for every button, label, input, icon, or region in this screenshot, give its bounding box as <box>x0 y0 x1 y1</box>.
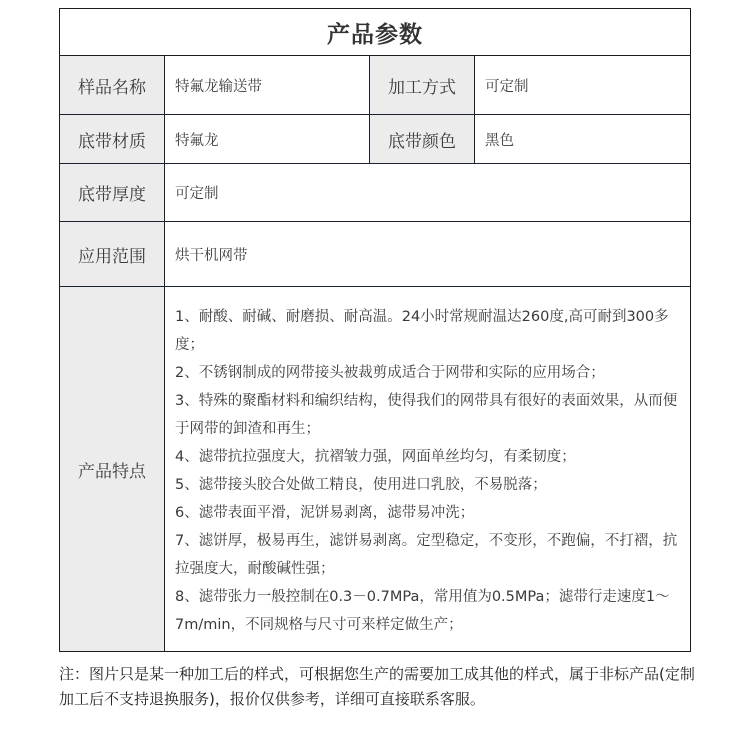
row-value: 烘干机网带 <box>165 222 690 286</box>
feature-item: 1、耐酸、耐碱、耐磨损、耐高温。24小时常规耐温达260度,高可耐到300多度； <box>175 303 690 359</box>
feature-item: 8、滤带张力一般控制在0.3－0.7MPa，常用值为0.5MPa；滤带行走速度1… <box>175 583 690 639</box>
feature-item: 4、滤带抗拉强度大，抗褶皱力强，网面单丝均匀，有柔韧度； <box>175 443 690 471</box>
features-list: 1、耐酸、耐碱、耐磨损、耐高温。24小时常规耐温达260度,高可耐到300多度；… <box>165 287 690 651</box>
row-label-2: 加工方式 <box>370 56 475 114</box>
row-value: 可定制 <box>165 164 690 221</box>
table-title: 产品参数 <box>60 9 690 56</box>
table-row-application: 应用范围 烘干机网带 <box>60 222 690 287</box>
table-row-thickness: 底带厚度 可定制 <box>60 164 690 222</box>
table-row-base-material: 底带材质 特氟龙 底带颜色 黑色 <box>60 115 690 164</box>
row-label-2: 底带颜色 <box>370 115 475 163</box>
row-value: 特氟龙输送带 <box>165 56 370 114</box>
row-value: 特氟龙 <box>165 115 370 163</box>
feature-item: 7、滤饼厚，极易再生，滤饼易剥离。定型稳定，不变形，不跑偏，不打褶，抗拉强度大，… <box>175 527 690 583</box>
footnote: 注：图片只是某一种加工后的样式，可根据您生产的需要加工成其他的样式，属于非标产品… <box>59 662 699 712</box>
feature-item: 2、不锈钢制成的网带接头被裁剪成适合于网带和实际的应用场合； <box>175 359 690 387</box>
row-label: 产品特点 <box>60 287 165 651</box>
feature-item: 3、特殊的聚酯材料和编织结构，使得我们的网带具有很好的表面效果，从而便于网带的卸… <box>175 387 690 443</box>
row-label: 底带材质 <box>60 115 165 163</box>
row-label: 应用范围 <box>60 222 165 286</box>
product-parameters-table: 产品参数 样品名称 特氟龙输送带 加工方式 可定制 底带材质 特氟龙 底带颜色 … <box>59 8 691 652</box>
row-label: 底带厚度 <box>60 164 165 221</box>
row-value-2: 可定制 <box>475 56 690 114</box>
row-value-2: 黑色 <box>475 115 690 163</box>
feature-item: 5、滤带接头胶合处做工精良，使用进口乳胶，不易脱落； <box>175 471 690 499</box>
table-row-features: 产品特点 1、耐酸、耐碱、耐磨损、耐高温。24小时常规耐温达260度,高可耐到3… <box>60 287 690 651</box>
feature-item: 6、滤带表面平滑，泥饼易剥离，滤带易冲洗； <box>175 499 690 527</box>
table-row-sample-name: 样品名称 特氟龙输送带 加工方式 可定制 <box>60 56 690 115</box>
row-label: 样品名称 <box>60 56 165 114</box>
